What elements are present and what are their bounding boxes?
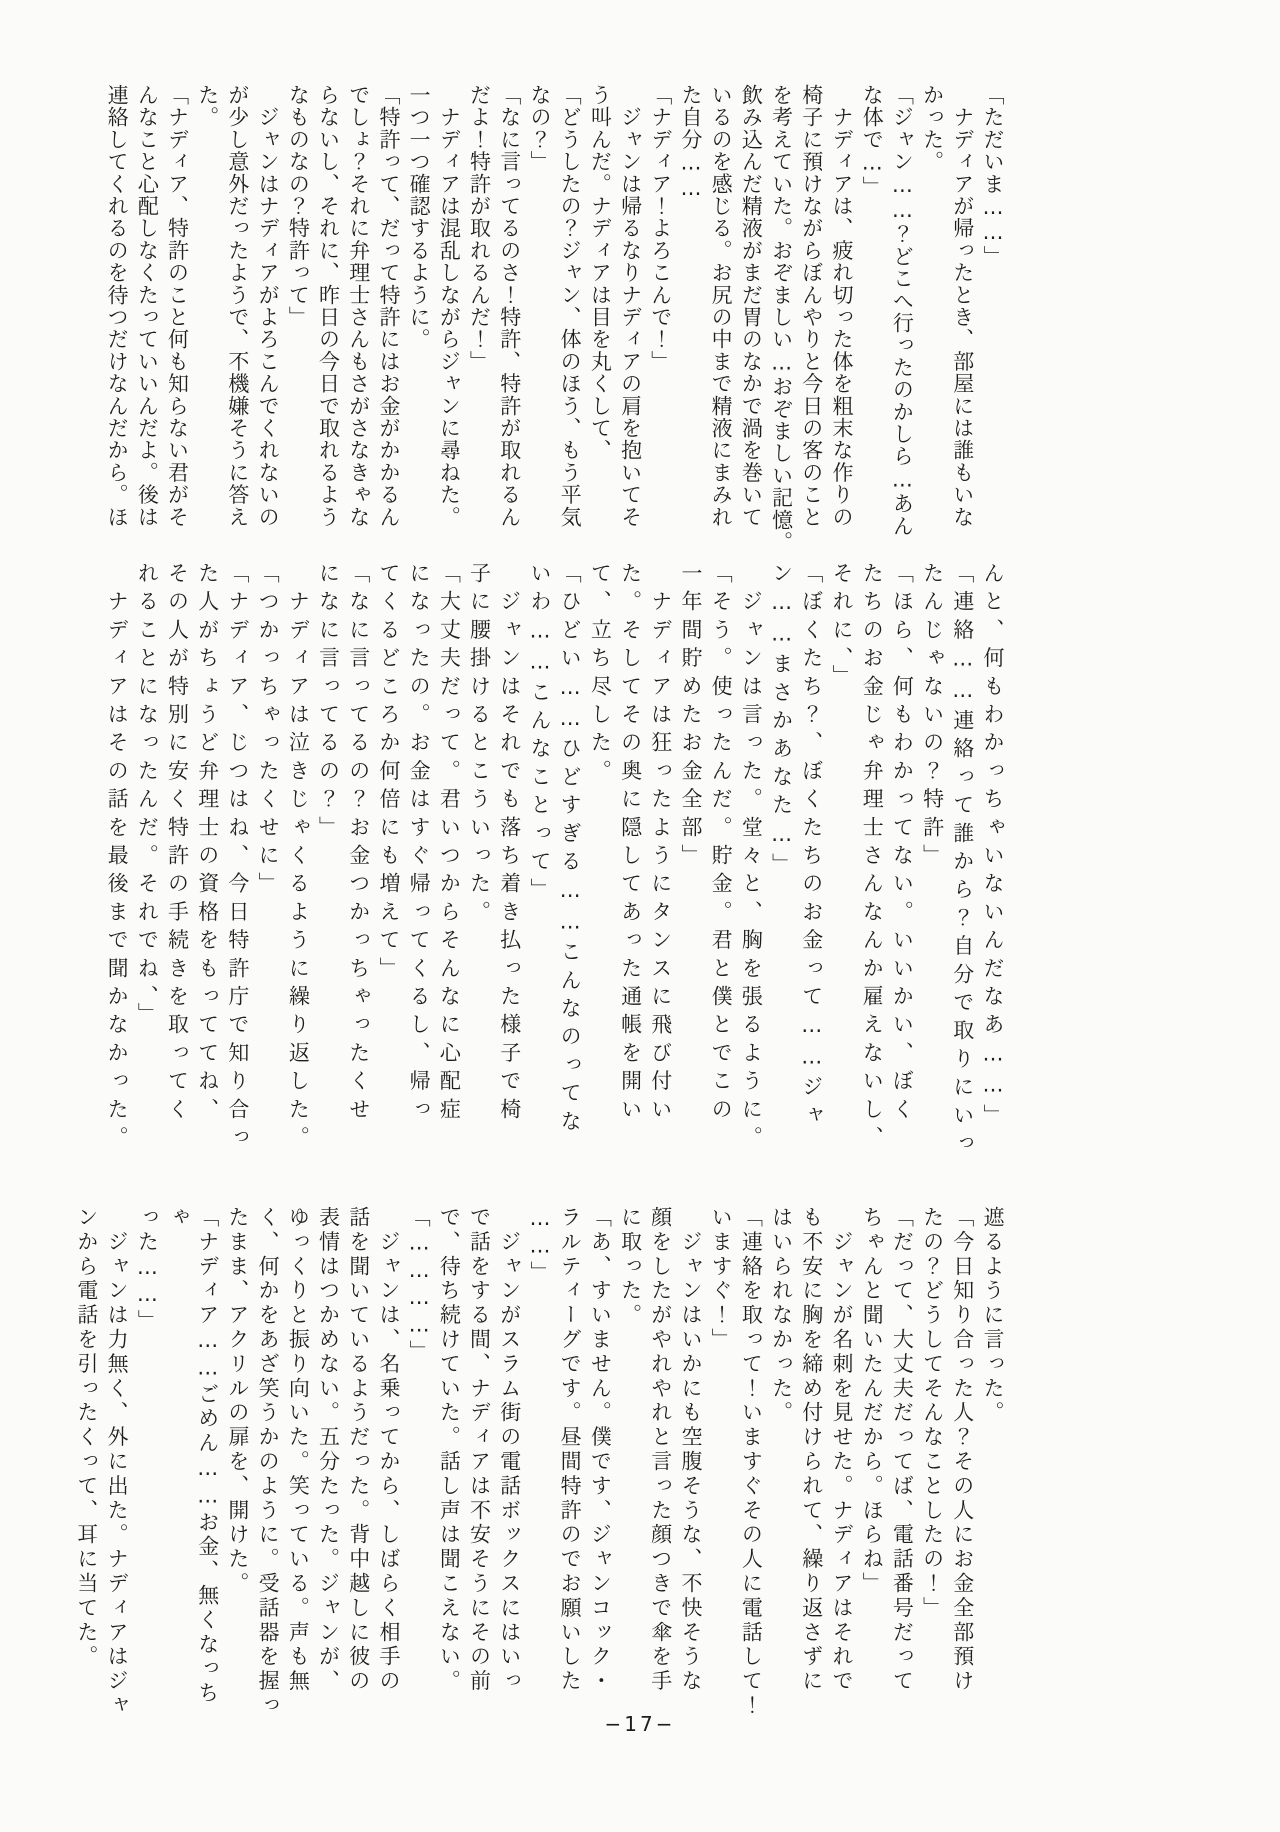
text-block-bottom: 遮るように言った。 「今日知り合った人？その人にお金全部預け たの？どうしてそん… [72, 1206, 1008, 1730]
text-block-top: 「ただいま……」 ナディアが帰ったとき、部屋には誰もいな かった。 「ジャン……… [102, 84, 1008, 564]
scanned-novel-page: 「ただいま……」 ナディアが帰ったとき、部屋には誰もいな かった。 「ジャン……… [0, 0, 1280, 1832]
text-block-middle: んと、何もわかっちゃいないんだなあ……」 「連絡……連絡って誰から？自分で取りに… [102, 562, 1008, 1172]
page-number: −17− [0, 1712, 1280, 1736]
